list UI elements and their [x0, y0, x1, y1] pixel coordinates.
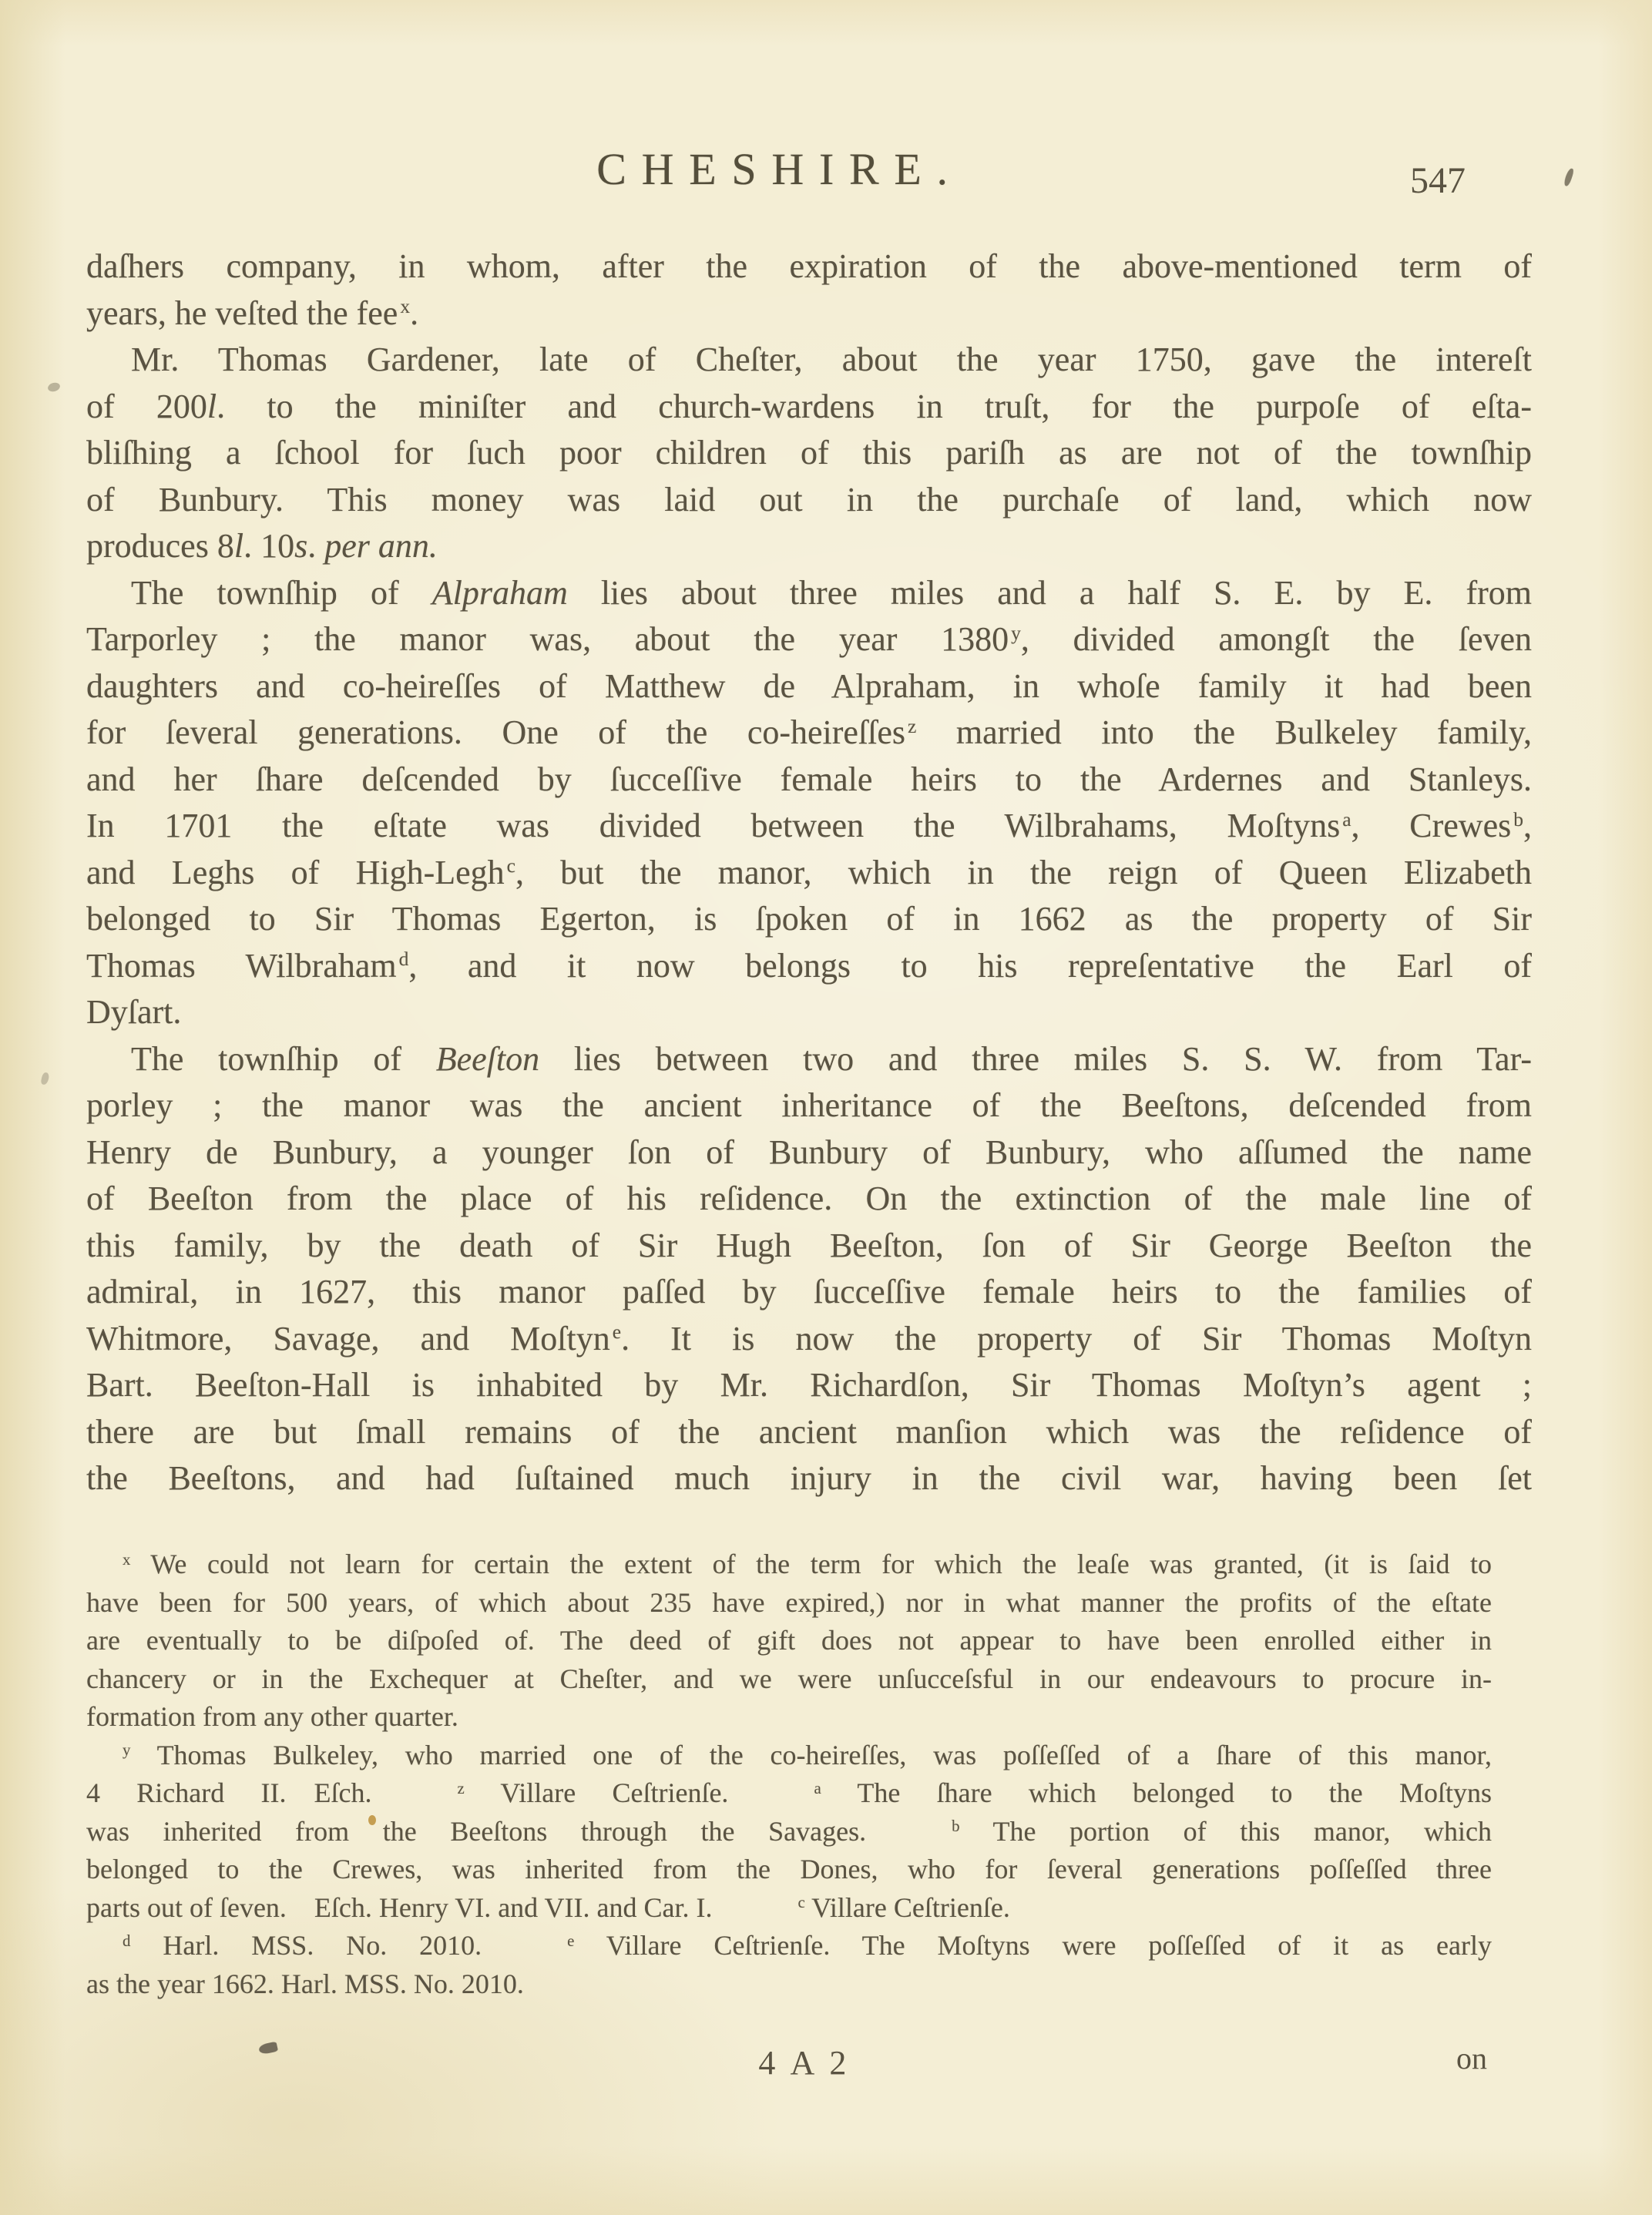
text-line: d Harl. MSS. No. 2010. e Villare Ceſtrie…: [86, 1927, 1492, 1965]
text-line: chancery or in the Exchequer at Cheſter,…: [86, 1660, 1492, 1699]
text-line: of 200l. to the miniſter and church-ward…: [86, 384, 1532, 431]
text-line: as the year 1662. Harl. MSS. No. 2010.: [86, 1965, 1492, 2004]
text-line: admiral, in 1627, this manor paſſed by ſ…: [86, 1269, 1532, 1316]
text-line: and Leghs of High-Leghc, but the manor, …: [86, 850, 1532, 897]
text-line: of Beeſton from the place of his reſiden…: [86, 1176, 1532, 1223]
text-line: this family, by the death of Sir Hugh Be…: [86, 1223, 1532, 1270]
scan-fleck-footnote: [368, 1815, 376, 1825]
text-line: The townſhip of Beeſton lies between two…: [86, 1036, 1532, 1083]
text-line: bliſhing a ſchool for ſuch poor children…: [86, 430, 1532, 477]
text-line: porley ; the manor was the ancient inher…: [86, 1082, 1532, 1129]
text-line: are eventually to be diſpoſed of. The de…: [86, 1622, 1492, 1660]
text-line: formation from any other quarter.: [86, 1698, 1492, 1737]
text-line: x We could not learn for certain the ext…: [86, 1545, 1492, 1584]
text-line: Henry de Bunbury, a younger ſon of Bunbu…: [86, 1129, 1532, 1176]
text-line: for ſeveral generations. One of the co-h…: [86, 710, 1532, 757]
text-line: Mr. Thomas Gardener, late of Cheſter, ab…: [86, 337, 1532, 384]
text-line: belonged to the Crewes, was inherited fr…: [86, 1851, 1492, 1889]
page-number: 547: [1410, 159, 1466, 202]
text-line: 4 Richard II. Eſch. z Villare Ceſtrienſe…: [86, 1774, 1492, 1813]
running-title: CHESHIRE.: [0, 143, 1606, 195]
main-text: daſhers company, in whom, after the expi…: [86, 243, 1532, 1502]
text-line: The townſhip of Alpraham lies about thre…: [86, 570, 1532, 617]
text-line: Dyſart.: [86, 989, 1532, 1036]
text-line: there are but ſmall remains of the ancie…: [86, 1409, 1532, 1456]
text-line: daughters and co-heireſſes of Matthew de…: [86, 663, 1532, 710]
text-line: the Beeſtons, and had ſuſtained much inj…: [86, 1455, 1532, 1502]
text-line: produces 8l. 10s. per ann.: [86, 523, 1532, 570]
text-line: Bart. Beeſton-Hall is inhabited by Mr. R…: [86, 1362, 1532, 1409]
text-line: belonged to Sir Thomas Egerton, is ſpoke…: [86, 896, 1532, 943]
scan-speck-left-margin: [47, 381, 61, 393]
text-line: daſhers company, in whom, after the expi…: [86, 243, 1532, 290]
catchword: on: [1456, 2040, 1487, 2076]
book-page-scan: CHESHIRE. 547 daſhers company, in whom, …: [0, 0, 1652, 2215]
text-line: y Thomas Bulkeley, who married one of th…: [86, 1737, 1492, 1775]
text-line: was inherited from the Beeſtons through …: [86, 1813, 1492, 1851]
text-line: Tarporley ; the manor was, about the yea…: [86, 616, 1532, 663]
footnotes: x We could not learn for certain the ext…: [86, 1545, 1532, 2003]
text-line: parts out of ſeven. Eſch. Henry VI. and …: [86, 1889, 1492, 1928]
text-line: have been for 500 years, of which about …: [86, 1584, 1492, 1623]
text-line: In 1701 the eſtate was divided between t…: [86, 803, 1532, 850]
scan-speck-left-margin-2: [40, 1072, 49, 1086]
text-line: Whitmore, Savage, and Moſtyne. It is now…: [86, 1316, 1532, 1363]
text-line: of Bunbury. This money was laid out in t…: [86, 477, 1532, 524]
text-line: Thomas Wilbrahamd, and it now belongs to…: [86, 943, 1532, 990]
text-line: years, he veſted the feex.: [86, 290, 1532, 337]
signature-mark: 4 A 2: [0, 2043, 1630, 2082]
text-line: and her ſhare deſcended by ſucceſſive fe…: [86, 757, 1532, 804]
